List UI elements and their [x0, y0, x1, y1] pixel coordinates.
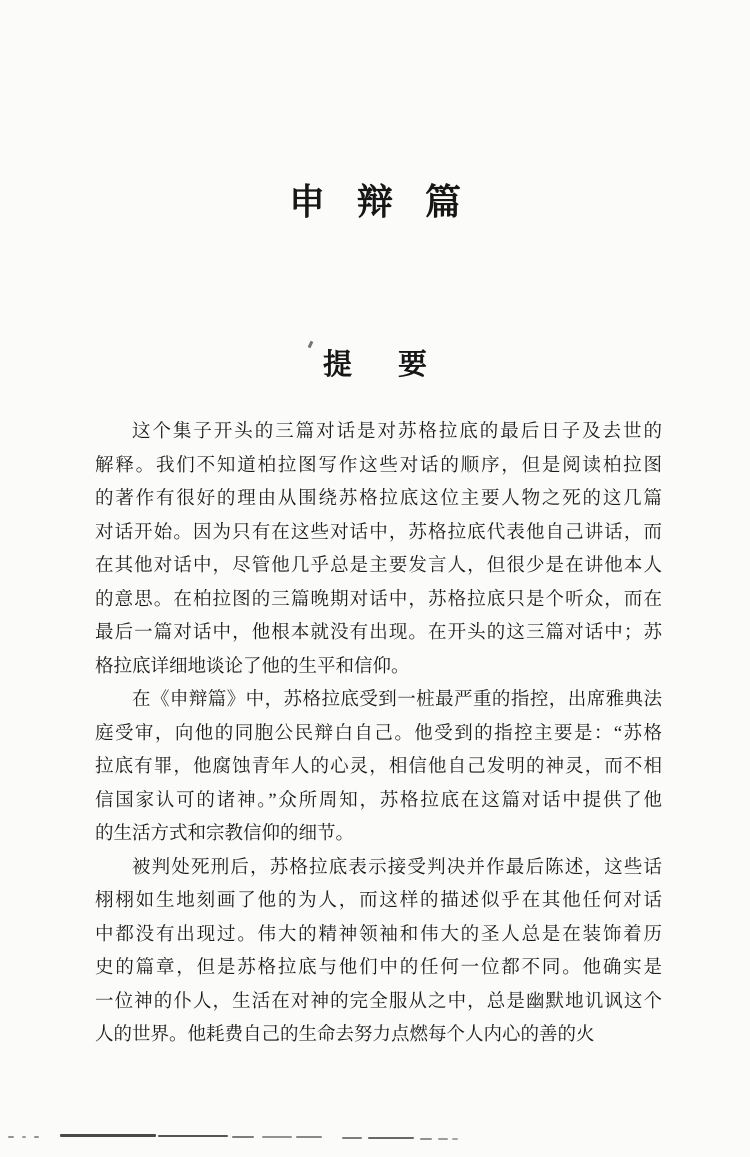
- text-line: 中都没有出现过。伟大的精神领袖和伟大的圣人总是在装饰着历: [95, 919, 662, 953]
- page-title: 申辩篇: [0, 182, 750, 222]
- text-line: 栩栩如生地刻画了他的为人，而这样的描述似乎在其他任何对话: [95, 885, 662, 919]
- text-line: 被判处死刑后，苏格拉底表示接受判决并作最后陈述，这些话: [95, 852, 662, 886]
- text-line: 解释。我们不知道柏拉图写作这些对话的顺序，但是阅读柏拉图: [95, 450, 662, 484]
- scan-artifact-dash: [60, 1134, 156, 1137]
- text-line: 的意思。在柏拉图的三篇晚期对话中，苏格拉底只是个听众，而在: [95, 584, 662, 618]
- summary-text: 这个集子开头的三篇对话是对苏格拉底的最后日子及去世的解释。我们不知道柏拉图写作这…: [95, 416, 662, 1053]
- text-line: 这个集子开头的三篇对话是对苏格拉底的最后日子及去世的: [95, 416, 662, 450]
- scan-artifact-dash: [262, 1136, 292, 1138]
- text-line: 一位神的仆人，生活在对神的完全服从之中，总是幽默地讥讽这个: [95, 986, 662, 1020]
- scan-artifact-dash: [22, 1136, 26, 1138]
- scan-artifact-dash: [296, 1136, 322, 1138]
- scan-artifact-dash: [420, 1138, 432, 1140]
- section-heading: 提要: [0, 348, 750, 382]
- text-line: 人的世界。他耗费自己的生命去努力点燃每个人内心的善的火: [95, 1019, 662, 1053]
- text-line: 在《申辩篇》中，苏格拉底受到一桩最严重的指控，出席雅典法: [95, 684, 662, 718]
- scan-artifact-dash: [34, 1136, 39, 1138]
- scan-artifact-dash: [232, 1136, 254, 1138]
- text-line: 的生活方式和宗教信仰的细节。: [95, 818, 662, 852]
- text-line: 的著作有很好的理由从围绕苏格拉底这位主要人物之死的这几篇: [95, 483, 662, 517]
- text-line: 对话开始。因为只有在这些对话中，苏格拉底代表他自己讲话，而: [95, 517, 662, 551]
- scan-artifact-dash: [438, 1138, 448, 1140]
- scan-artifact-dash: [342, 1137, 362, 1139]
- scan-artifact-dash: [158, 1135, 228, 1137]
- text-line: 史的篇章，但是苏格拉底与他们中的任何一位都不同。他确实是: [95, 952, 662, 986]
- text-line: 庭受审，向他的同胞公民辩白自己。他受到的指控主要是：“苏格: [95, 718, 662, 752]
- book-page: 申辩篇 提要 这个集子开头的三篇对话是对苏格拉底的最后日子及去世的解释。我们不知…: [0, 0, 750, 1157]
- text-line: 最后一篇对话中，他根本就没有出现。在开头的这三篇对话中；苏: [95, 617, 662, 651]
- text-line: 在其他对话中，尽管他几乎总是主要发言人，但很少是在讲他本人: [95, 550, 662, 584]
- text-line: 格拉底详细地谈论了他的生平和信仰。: [95, 651, 662, 685]
- scan-artifact-dash: [8, 1136, 14, 1138]
- scan-artifact-dash: [368, 1137, 414, 1139]
- text-line: 拉底有罪，他腐蚀青年人的心灵，相信他自己发明的神灵，而不相: [95, 751, 662, 785]
- text-line: 信国家认可的诸神。”众所周知，苏格拉底在这篇对话中提供了他: [95, 785, 662, 819]
- scan-artifact-dash: [452, 1138, 458, 1140]
